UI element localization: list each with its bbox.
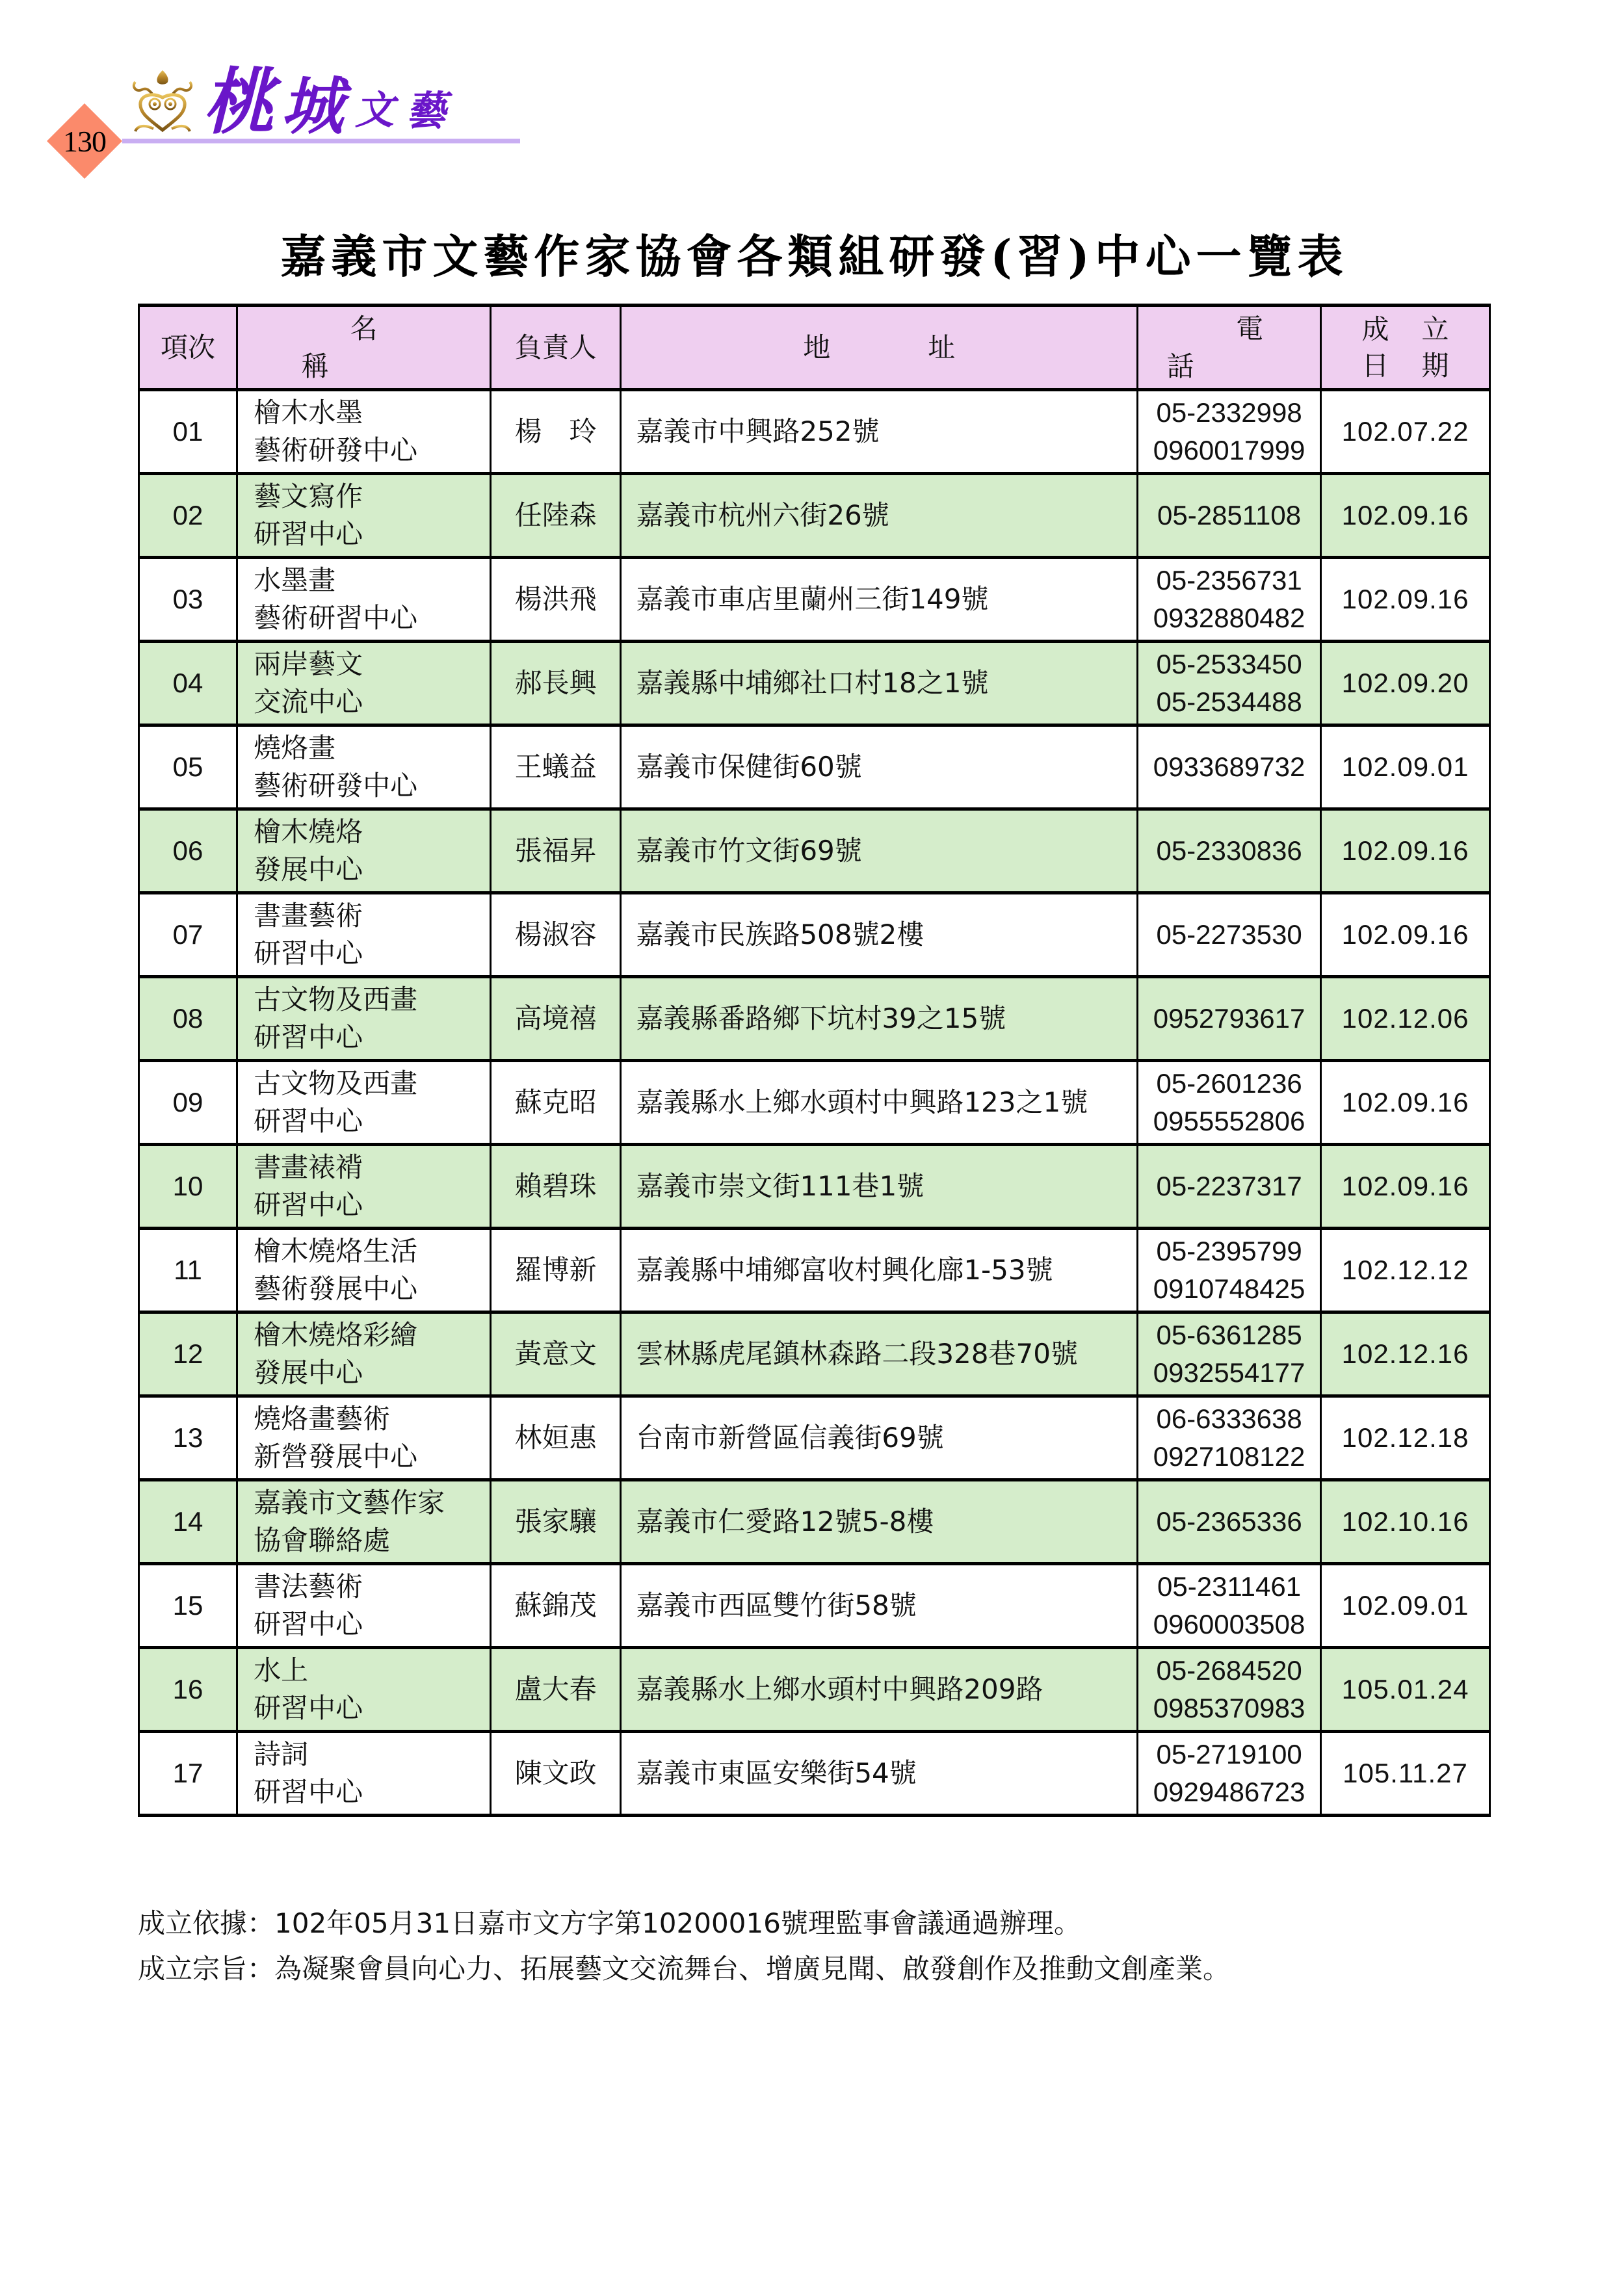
cell-name-line: 協會聯絡處 (254, 1522, 490, 1559)
table-row: 04 兩岸藝文交流中心 郝長興 嘉義縣中埔鄉社口村18之1號 05-253345… (139, 642, 1490, 725)
cell-date: 102.12.16 (1321, 1312, 1490, 1396)
table-row: 05 燒烙畫藝術研發中心 王蟻益 嘉義市保健街60號 0933689732 10… (139, 725, 1490, 809)
cell-name-line: 研習中心 (254, 1689, 490, 1727)
cell-phone-line: 0952793617 (1138, 1000, 1320, 1037)
brand-char: 文 (355, 91, 394, 130)
cell-person: 楊淑容 (490, 893, 620, 977)
table-row: 13 燒烙畫藝術新營發展中心 林姮惠 台南市新營區信義街69號 06-63336… (139, 1396, 1490, 1480)
cell-address: 嘉義市東區安樂街54號 (621, 1732, 1138, 1816)
cell-name-line: 檜木燒烙彩繪 (254, 1316, 490, 1354)
cell-phone-line: 0927108122 (1138, 1438, 1320, 1476)
cell-name-line: 書法藝術 (254, 1568, 490, 1606)
cell-date: 105.01.24 (1321, 1648, 1490, 1732)
cell-name-line: 古文物及西畫 (254, 1065, 490, 1102)
cell-address: 嘉義縣水上鄉水頭村中興路123之1號 (621, 1061, 1138, 1145)
cell-phone-line: 05-2851108 (1138, 497, 1320, 534)
cell-no: 08 (139, 977, 237, 1061)
cell-phone: 05-2330836 (1138, 809, 1321, 893)
cell-phone-line: 0932554177 (1138, 1354, 1320, 1392)
cell-name: 詩詞研習中心 (237, 1732, 491, 1816)
cell-name-line: 研習中心 (254, 935, 490, 972)
cell-person: 任陸森 (490, 474, 620, 558)
cell-phone: 05-26845200985370983 (1138, 1648, 1321, 1732)
cell-name-line: 發展中心 (254, 851, 490, 889)
cell-phone-line: 05-2237317 (1138, 1168, 1320, 1205)
cell-no: 17 (139, 1732, 237, 1816)
col-header-phone: 電話 (1138, 306, 1321, 390)
cell-address: 嘉義縣中埔鄉富收村興化廍1-53號 (621, 1229, 1138, 1312)
cell-address: 雲林縣虎尾鎮林森路二段328巷70號 (621, 1312, 1138, 1396)
cell-name: 書法藝術研習中心 (237, 1564, 491, 1648)
cell-name: 燒烙畫藝術研發中心 (237, 725, 491, 809)
cell-phone-line: 06-6333638 (1138, 1400, 1320, 1438)
cell-name-line: 水上 (254, 1652, 490, 1689)
golden-ornament-icon (130, 68, 195, 135)
cell-address: 嘉義市仁愛路12號5-8樓 (621, 1480, 1138, 1564)
cell-phone-line: 0932880482 (1138, 599, 1320, 637)
establishment-purpose: 成立宗旨：為凝聚會員向心力、拓展藝文交流舞台、增廣見聞、啟發創作及推動文創產業。 (138, 1946, 1503, 1992)
col-header-name: 名稱 (237, 306, 491, 390)
cell-person: 高境禧 (490, 977, 620, 1061)
cell-date: 102.10.16 (1321, 1480, 1490, 1564)
cell-no: 10 (139, 1145, 237, 1229)
cell-no: 04 (139, 642, 237, 725)
cell-phone-line: 0960003508 (1138, 1606, 1320, 1643)
cell-phone-line: 05-6361285 (1138, 1316, 1320, 1354)
cell-name: 水墨畫藝術研習中心 (237, 558, 491, 642)
cell-person: 蘇錦茂 (490, 1564, 620, 1648)
cell-phone-line: 0960017999 (1138, 432, 1320, 469)
cell-person: 張福昇 (490, 809, 620, 893)
brand-char: 藝 (406, 91, 446, 131)
cell-phone-line: 0955552806 (1138, 1102, 1320, 1140)
cell-name-line: 檜木燒烙 (254, 813, 490, 851)
cell-address: 台南市新營區信義街69號 (621, 1396, 1138, 1480)
cell-phone-line: 05-2273530 (1138, 916, 1320, 954)
cell-no: 05 (139, 725, 237, 809)
cell-address: 嘉義縣番路鄉下坑村39之15號 (621, 977, 1138, 1061)
cell-address: 嘉義市中興路252號 (621, 390, 1138, 474)
cell-phone-line: 05-2533450 (1138, 646, 1320, 683)
cell-phone: 05-27191000929486723 (1138, 1732, 1321, 1816)
cell-address: 嘉義市杭州六街26號 (621, 474, 1138, 558)
cell-phone-line: 05-2534488 (1138, 683, 1320, 721)
cell-person: 黃意文 (490, 1312, 620, 1396)
cell-person: 賴碧珠 (490, 1145, 620, 1229)
cell-name: 檜木水墨藝術研發中心 (237, 390, 491, 474)
cell-no: 14 (139, 1480, 237, 1564)
cell-no: 16 (139, 1648, 237, 1732)
table-row: 14 嘉義市文藝作家協會聯絡處 張家驤 嘉義市仁愛路12號5-8樓 05-236… (139, 1480, 1490, 1564)
cell-name-line: 詩詞 (254, 1736, 490, 1773)
cell-date: 102.09.16 (1321, 809, 1490, 893)
cell-date: 102.12.06 (1321, 977, 1490, 1061)
cell-no: 01 (139, 390, 237, 474)
cell-address: 嘉義市保健街60號 (621, 725, 1138, 809)
cell-person: 王蟻益 (490, 725, 620, 809)
cell-name-line: 書畫裱褙 (254, 1149, 490, 1186)
cell-name-line: 書畫藝術 (254, 897, 490, 935)
table-row: 12 檜木燒烙彩繪發展中心 黃意文 雲林縣虎尾鎮林森路二段328巷70號 05-… (139, 1312, 1490, 1396)
cell-date: 102.09.01 (1321, 725, 1490, 809)
cell-address: 嘉義市車店里蘭州三街149號 (621, 558, 1138, 642)
table-row: 02 藝文寫作研習中心 任陸森 嘉義市杭州六街26號 05-2851108 10… (139, 474, 1490, 558)
cell-name-line: 水墨畫 (254, 562, 490, 599)
table-row: 08 古文物及西畫研習中心 高境禧 嘉義縣番路鄉下坑村39之15號 095279… (139, 977, 1490, 1061)
table-row: 10 書畫裱褙研習中心 賴碧珠 嘉義市崇文街111巷1號 05-2237317 … (139, 1145, 1490, 1229)
cell-phone-line: 05-2311461 (1138, 1568, 1320, 1606)
cell-name-line: 交流中心 (254, 683, 490, 721)
cell-person: 羅博新 (490, 1229, 620, 1312)
table-row: 16 水上研習中心 盧大春 嘉義縣水上鄉水頭村中興路209路 05-268452… (139, 1648, 1490, 1732)
cell-name: 嘉義市文藝作家協會聯絡處 (237, 1480, 491, 1564)
table-row: 03 水墨畫藝術研習中心 楊洪飛 嘉義市車店里蘭州三街149號 05-23567… (139, 558, 1490, 642)
cell-phone: 05-63612850932554177 (1138, 1312, 1321, 1396)
brand-char: 城 (281, 75, 343, 138)
cell-phone: 05-2273530 (1138, 893, 1321, 977)
cell-name-line: 兩岸藝文 (254, 646, 490, 683)
cell-name-line: 檜木水墨 (254, 394, 490, 432)
cell-phone-line: 0985370983 (1138, 1689, 1320, 1727)
cell-no: 12 (139, 1312, 237, 1396)
cell-no: 03 (139, 558, 237, 642)
cell-date: 102.09.16 (1321, 1061, 1490, 1145)
cell-name-line: 發展中心 (254, 1354, 490, 1392)
cell-phone-line: 05-2365336 (1138, 1503, 1320, 1541)
cell-date: 102.09.16 (1321, 474, 1490, 558)
cell-phone: 05-23329980960017999 (1138, 390, 1321, 474)
cell-phone: 06-63336380927108122 (1138, 1396, 1321, 1480)
cell-name: 水上研習中心 (237, 1648, 491, 1732)
cell-phone-line: 05-2719100 (1138, 1736, 1320, 1773)
cell-no: 09 (139, 1061, 237, 1145)
cell-phone-line: 05-2332998 (1138, 394, 1320, 432)
cell-no: 15 (139, 1564, 237, 1648)
cell-name-line: 檜木燒烙生活 (254, 1233, 490, 1270)
cell-name-line: 研習中心 (254, 1773, 490, 1811)
page-number: 130 (47, 103, 122, 179)
cell-name-line: 研習中心 (254, 1606, 490, 1643)
cell-date: 102.12.12 (1321, 1229, 1490, 1312)
col-header-name-label: 名稱 (252, 313, 475, 382)
cell-phone: 05-253345005-2534488 (1138, 642, 1321, 725)
cell-name: 兩岸藝文交流中心 (237, 642, 491, 725)
cell-name-line: 研習中心 (254, 515, 490, 553)
cell-name-line: 研習中心 (254, 1019, 490, 1056)
cell-phone-line: 05-2601236 (1138, 1065, 1320, 1102)
cell-address: 嘉義縣中埔鄉社口村18之1號 (621, 642, 1138, 725)
cell-date: 102.09.16 (1321, 1145, 1490, 1229)
cell-phone: 0933689732 (1138, 725, 1321, 809)
cell-name-line: 藝文寫作 (254, 478, 490, 515)
table-row: 11 檜木燒烙生活藝術發展中心 羅博新 嘉義縣中埔鄉富收村興化廍1-53號 05… (139, 1229, 1490, 1312)
cell-name-line: 古文物及西畫 (254, 981, 490, 1019)
cell-phone-line: 0933689732 (1138, 748, 1320, 786)
cell-person: 蘇克昭 (490, 1061, 620, 1145)
page-number-badge: 130 (47, 103, 122, 179)
cell-name-line: 研習中心 (254, 1102, 490, 1140)
cell-phone: 0952793617 (1138, 977, 1321, 1061)
cell-phone: 05-2851108 (1138, 474, 1321, 558)
cell-name: 書畫藝術研習中心 (237, 893, 491, 977)
col-header-address: 地址 (621, 306, 1138, 390)
cell-address: 嘉義市竹文街69號 (621, 809, 1138, 893)
cell-no: 06 (139, 809, 237, 893)
cell-phone: 05-2365336 (1138, 1480, 1321, 1564)
cell-name-line: 藝術發展中心 (254, 1270, 490, 1308)
cell-person: 林姮惠 (490, 1396, 620, 1480)
cell-name-line: 嘉義市文藝作家 (254, 1484, 490, 1522)
cell-name: 古文物及西畫研習中心 (237, 1061, 491, 1145)
table-row: 01 檜木水墨藝術研發中心 楊 玲 嘉義市中興路252號 05-23329980… (139, 390, 1490, 474)
cell-phone-line: 05-2395799 (1138, 1233, 1320, 1270)
cell-phone-line: 0910748425 (1138, 1270, 1320, 1308)
cell-name-line: 藝術研發中心 (254, 432, 490, 469)
cell-phone: 05-2237317 (1138, 1145, 1321, 1229)
cell-date: 102.09.01 (1321, 1564, 1490, 1648)
col-header-date-line2: 日期 (1322, 348, 1489, 384)
cell-name-line: 研習中心 (254, 1186, 490, 1224)
cell-no: 02 (139, 474, 237, 558)
cell-person: 楊洪飛 (490, 558, 620, 642)
brand-char: 桃 (203, 66, 274, 138)
cell-name: 檜木燒烙生活藝術發展中心 (237, 1229, 491, 1312)
cell-date: 102.09.16 (1321, 558, 1490, 642)
cell-address: 嘉義市民族路508號2樓 (621, 893, 1138, 977)
cell-name: 檜木燒烙彩繪發展中心 (237, 1312, 491, 1396)
cell-no: 11 (139, 1229, 237, 1312)
cell-phone-line: 05-2330836 (1138, 832, 1320, 870)
establishment-basis: 成立依據：102年05月31日嘉市文方字第10200016號理監事會議通過辦理。 (138, 1901, 1503, 1946)
cell-no: 07 (139, 893, 237, 977)
cell-phone: 05-23957990910748425 (1138, 1229, 1321, 1312)
cell-name: 書畫裱褙研習中心 (237, 1145, 491, 1229)
cell-date: 102.07.22 (1321, 390, 1490, 474)
table-header-row: 項次 名稱 負責人 地址 電話 成立 日期 (139, 306, 1490, 390)
cell-date: 102.09.20 (1321, 642, 1490, 725)
cell-phone-line: 05-2356731 (1138, 562, 1320, 599)
cell-phone: 05-26012360955552806 (1138, 1061, 1321, 1145)
cell-date: 105.11.27 (1321, 1732, 1490, 1816)
cell-person: 盧大春 (490, 1648, 620, 1732)
cell-address: 嘉義縣水上鄉水頭村中興路209路 (621, 1648, 1138, 1732)
cell-name-line: 燒烙畫 (254, 729, 490, 767)
centers-table: 項次 名稱 負責人 地址 電話 成立 日期 01 檜木水墨藝術研發中心 楊 玲 … (138, 304, 1491, 1817)
cell-name: 古文物及西畫研習中心 (237, 977, 491, 1061)
cell-name: 藝文寫作研習中心 (237, 474, 491, 558)
cell-phone-line: 05-2684520 (1138, 1652, 1320, 1689)
col-header-address-label: 地址 (705, 332, 1053, 363)
footnotes: 成立依據：102年05月31日嘉市文方字第10200016號理監事會議通過辦理。… (138, 1901, 1503, 1992)
cell-date: 102.12.18 (1321, 1396, 1490, 1480)
table-row: 06 檜木燒烙發展中心 張福昇 嘉義市竹文街69號 05-2330836 102… (139, 809, 1490, 893)
cell-name-line: 藝術研發中心 (254, 767, 490, 805)
col-header-no: 項次 (139, 306, 237, 390)
cell-address: 嘉義市崇文街111巷1號 (621, 1145, 1138, 1229)
page-title: 嘉義市文藝作家協會各類組研發(習)中心一覽表 (138, 229, 1491, 285)
cell-phone: 05-23114610960003508 (1138, 1564, 1321, 1648)
table-row: 17 詩詞研習中心 陳文政 嘉義市東區安樂街54號 05-27191000929… (139, 1732, 1490, 1816)
cell-phone-line: 0929486723 (1138, 1773, 1320, 1811)
cell-address: 嘉義市西區雙竹街58號 (621, 1564, 1138, 1648)
cell-name: 燒烙畫藝術新營發展中心 (237, 1396, 491, 1480)
table-row: 09 古文物及西畫研習中心 蘇克昭 嘉義縣水上鄉水頭村中興路123之1號 05-… (139, 1061, 1490, 1145)
table-row: 15 書法藝術研習中心 蘇錦茂 嘉義市西區雙竹街58號 05-231146109… (139, 1564, 1490, 1648)
cell-person: 張家驤 (490, 1480, 620, 1564)
cell-date: 102.09.16 (1321, 893, 1490, 977)
brand-logotype: 桃 城 文 藝 (203, 60, 446, 138)
col-header-person: 負責人 (490, 306, 620, 390)
cell-name-line: 藝術研習中心 (254, 599, 490, 637)
cell-person: 陳文政 (490, 1732, 620, 1816)
cell-name-line: 新營發展中心 (254, 1438, 490, 1476)
cell-phone: 05-23567310932880482 (1138, 558, 1321, 642)
cell-person: 楊 玲 (490, 390, 620, 474)
cell-person: 郝長興 (490, 642, 620, 725)
cell-no: 13 (139, 1396, 237, 1480)
cell-name: 檜木燒烙發展中心 (237, 809, 491, 893)
cell-name-line: 燒烙畫藝術 (254, 1400, 490, 1438)
table-row: 07 書畫藝術研習中心 楊淑容 嘉義市民族路508號2樓 05-2273530 … (139, 893, 1490, 977)
